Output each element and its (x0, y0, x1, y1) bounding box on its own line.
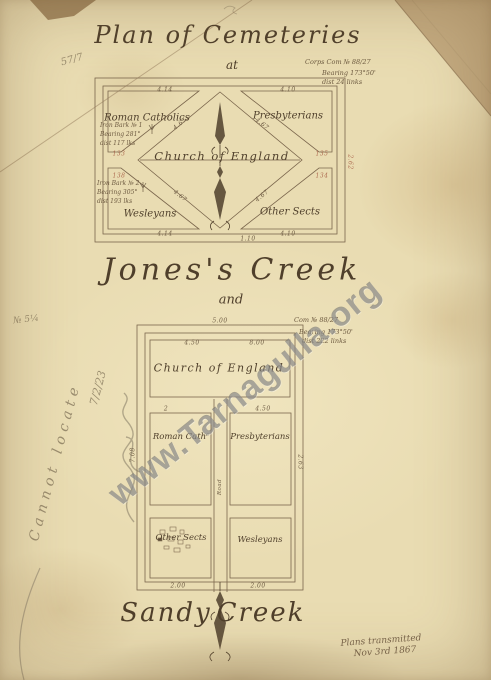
lower-block-other-sects: Other Sects (155, 533, 206, 543)
lower-block-presbyterians: Presbyterians (230, 432, 290, 442)
jones-creek-title: Jones's Creek (103, 253, 362, 288)
tree-note-2-line1: Iron Bark № 2 (97, 180, 139, 188)
upper-block-other-sects: Other Sects (260, 207, 320, 218)
upper-survey-note-line1: Corps Com № 88/27 (305, 58, 371, 66)
upper-dim-top-left: 4.14 (157, 87, 172, 94)
upper-dim-bottom-right: 4.10 (280, 231, 295, 238)
upper-block-wesleyans: Wesleyans (124, 209, 177, 220)
upper-dim-bottom-left: 4.14 (157, 231, 172, 238)
scanned-cemetery-plan: Plan of Cemeteries at Jones's Creek and … (0, 0, 491, 680)
lower-dim-right-side: 2.63 (297, 454, 304, 469)
lower-dim-top: 5.00 (212, 318, 227, 325)
lower-dim-coe-left: 4.50 (184, 340, 199, 347)
upper-red-number-2: 138 (113, 173, 126, 180)
title-and: and (219, 293, 243, 308)
lower-dim-mid-left: 2 (164, 406, 168, 413)
sandy-title-right: Creek (217, 598, 306, 628)
lower-block-wesleyans: Wesleyans (238, 535, 283, 545)
upper-dim-bottom-center: 1.10 (240, 236, 255, 243)
north-arrow (210, 102, 229, 230)
pencil-marks (20, 6, 237, 680)
tree-note-1-line1: Iron Bark № 1 (100, 122, 142, 130)
tree-note-1-line3: dist 117 lks (100, 140, 135, 148)
lower-dim-bot-right: 2.00 (250, 583, 265, 590)
lower-dim-bot-left: 2.00 (170, 583, 185, 590)
upper-dim-top-right: 4.10 (280, 87, 295, 94)
upper-red-number-1: 133 (113, 151, 126, 158)
page-title: Plan of Cemeteries (94, 21, 361, 49)
tree-note-2-line2: Bearing 305° (97, 189, 137, 197)
upper-red-number-3: 135 (316, 151, 329, 158)
upper-survey-note-line2: Bearing 173°50' (322, 69, 376, 77)
tree-note-2-line3: dist 193 lks (97, 198, 132, 206)
upper-survey-note-line3: dist 24 links (322, 78, 362, 86)
title-at: at (226, 58, 238, 72)
upper-block-church-of-england: Church of England (154, 149, 289, 163)
tree-marks (140, 124, 155, 192)
road-label: Road (217, 479, 223, 495)
tree-note-1-line2: Bearing 281° (100, 131, 140, 139)
map-drawing (0, 0, 491, 680)
torn-notch (30, 0, 96, 20)
upper-red-number-4: 134 (316, 173, 329, 180)
lower-dim-coe-right: 8.00 (249, 340, 264, 347)
sandy-title-left: Sandy (120, 598, 211, 628)
upper-dim-right-margin: 2.62 (347, 154, 354, 169)
